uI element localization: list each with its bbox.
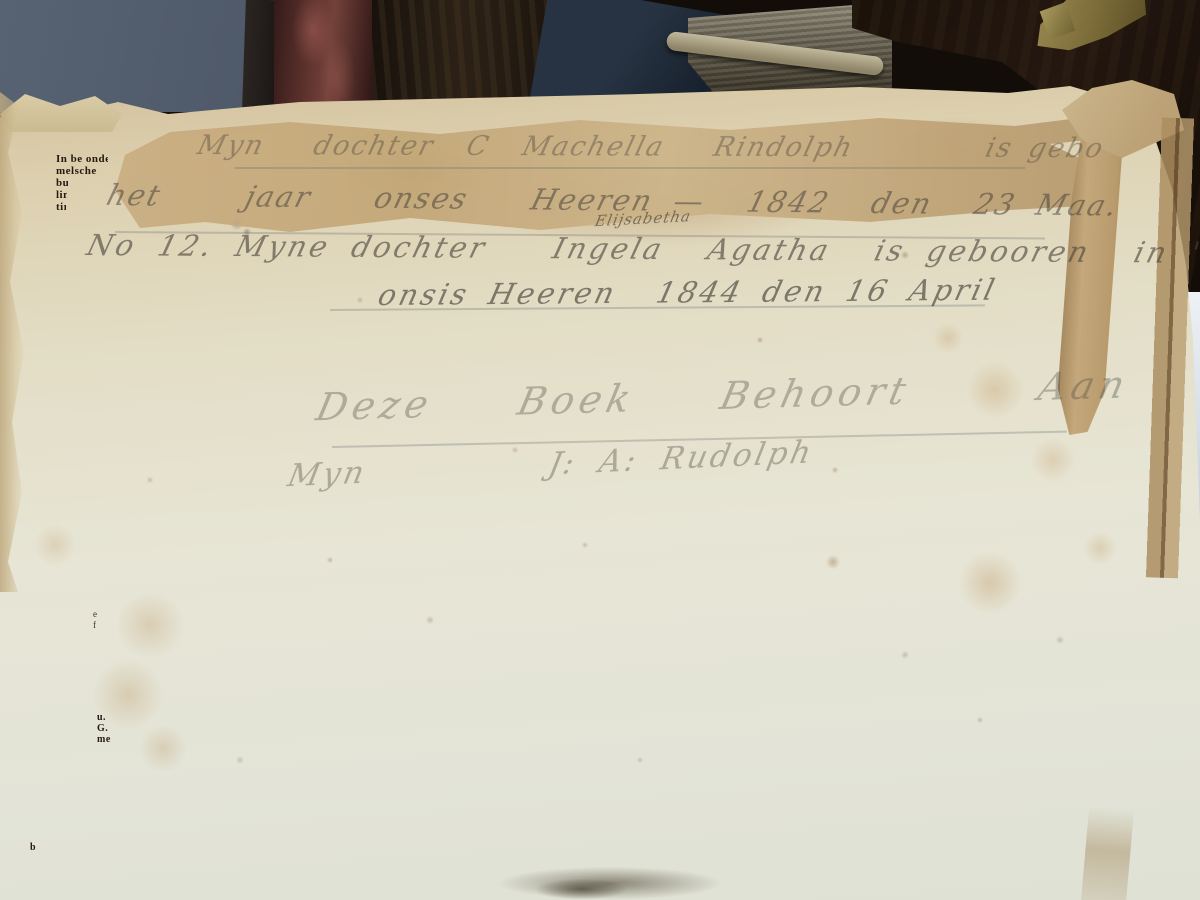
printed-text-fragments-lower-left: u. G. me [97, 712, 113, 745]
handwriting-line-1: Myn dochter C Machella Rindolph is gebo [194, 130, 1108, 164]
printed-fragment: me [97, 734, 113, 745]
handwriting-line-4: onsis Heeren 1844 den 16 April [375, 273, 1001, 312]
dark-stain-bottom [430, 840, 790, 900]
printed-fragment: G. [97, 723, 111, 734]
printed-text-fragment-bottom-left: b [30, 842, 40, 854]
printed-fragment: lin [56, 189, 67, 201]
printed-fragment: f [93, 619, 103, 630]
ruled-line [235, 167, 1025, 169]
printed-fragment: u. [97, 712, 111, 723]
printed-text-fragments-top-left: In be onde melsche bu lin tin [56, 153, 108, 213]
printed-fragment: b [30, 842, 40, 854]
printed-fragment: tin [56, 201, 66, 213]
printed-fragment: e [93, 608, 103, 619]
red-leather-book-spine [274, 0, 376, 108]
photo-of-old-book-page: In be onde melsche bu lin tin e f u. G. … [0, 0, 1200, 900]
printed-text-fragments-mid-left: e f [93, 608, 103, 630]
stain-streak-right [1081, 806, 1134, 900]
printed-fragment: In be onde [56, 153, 108, 165]
printed-fragment: melsche [56, 165, 98, 177]
printed-fragment: bu [56, 177, 68, 189]
